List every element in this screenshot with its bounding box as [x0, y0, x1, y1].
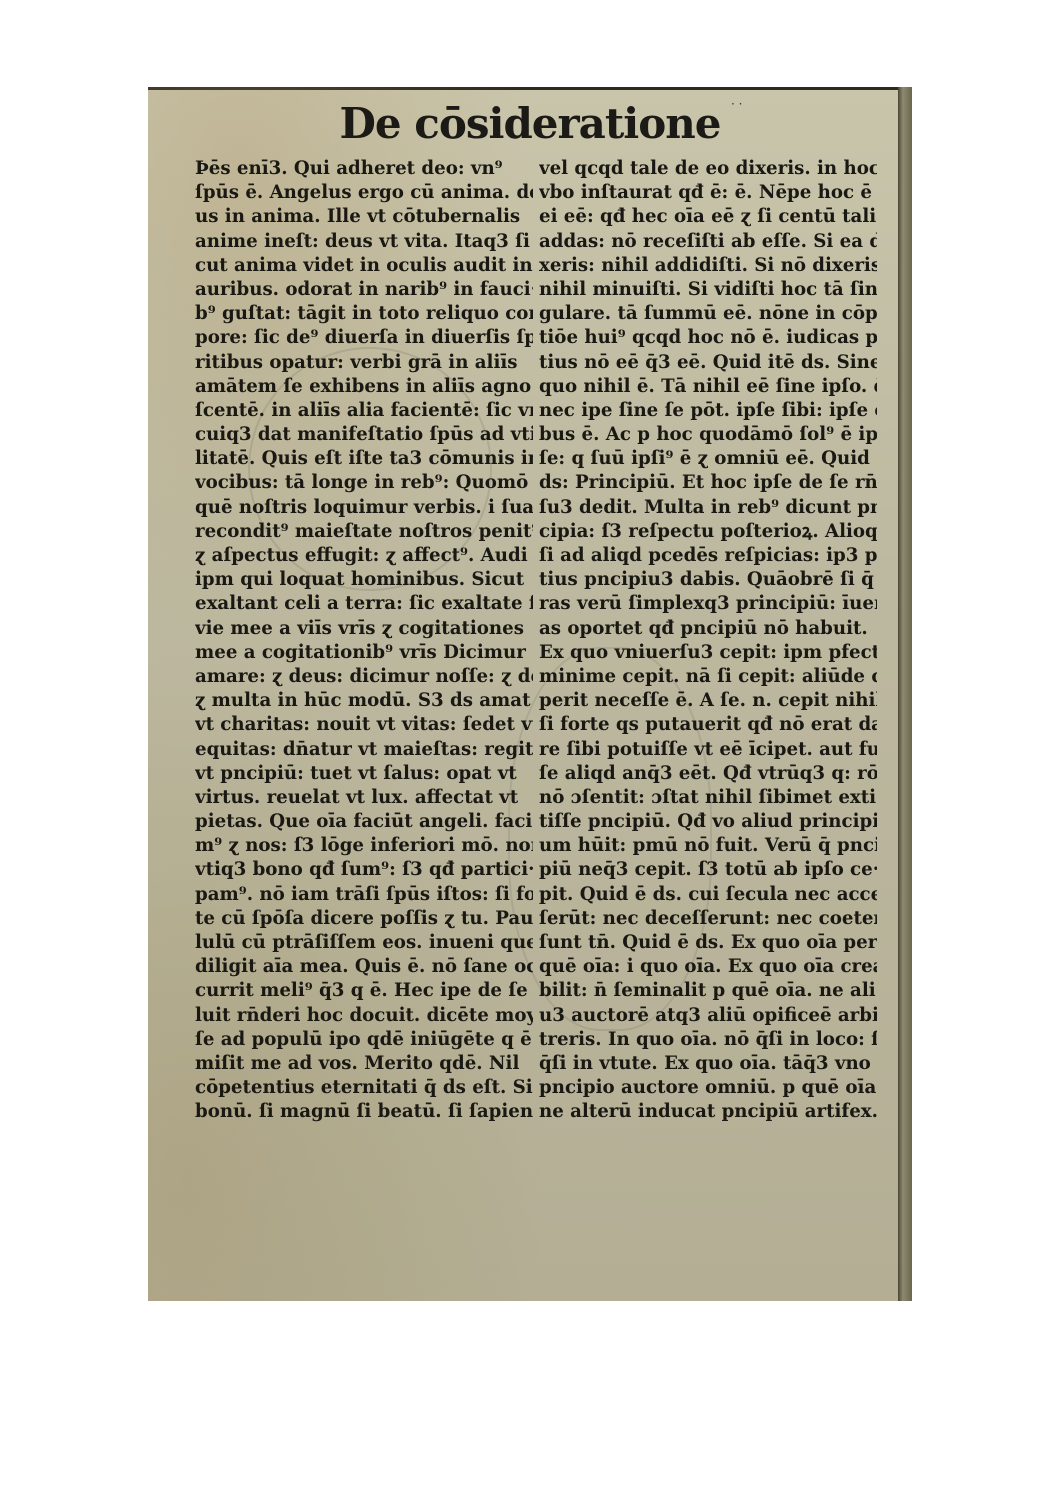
text-line: auribus. odorat in narib⁹ in fauci· — [195, 278, 533, 302]
book-page: De cōsideratione · · Þēs enī3. Qui adher… — [148, 87, 912, 1301]
text-line: addas: nō receſiſti ab eſſe. Si ea di — [539, 230, 877, 254]
text-line: ritibus opatur: verbi grā in aliīs — [195, 351, 533, 375]
text-line: pietas. Que oīa faciūt angeli. faci· — [195, 810, 533, 834]
text-line: amātem ſe exhibens in aliīs agno — [195, 375, 533, 399]
text-line: tius pncipiu3 dabis. Quāobrē ſi q̄ — [539, 568, 877, 592]
text-line: q̄ſi in vtute. Ex quo oīa. tāq̄3 vno — [539, 1052, 877, 1076]
page-fore-edge — [898, 87, 912, 1301]
text-line: perit neceſſe ē. A ſe. n. cepit nihil. n… — [539, 689, 877, 713]
text-line: equitas: dn̄atur vt maieſtas: regit — [195, 738, 533, 762]
text-line: pore: ſic de⁹ diuerſa in diuerſis ſpi — [195, 326, 533, 350]
text-line: ds: Principiū. Et hoc ipſe de ſe rn̄ — [539, 471, 877, 495]
text-line: cut anima videt in oculis audit in — [195, 254, 533, 278]
text-line: um hūit: pmū nō fuit. Verū q̄ pnci — [539, 834, 877, 858]
text-line: tiōe hui⁹ qcqd hoc nō ē. iudicas po — [539, 326, 877, 350]
text-line: currit meli⁹ q̄3 q ē. Hec ipe de ſe vo — [195, 979, 533, 1003]
text-line: amare: ɀ deus: dicimur noſſe: ɀ de⁹ — [195, 665, 533, 689]
text-line: nō ɔſentit: ɔſtat nihil ſibimet exti· — [539, 786, 877, 810]
text-line: ɀ aſpectus effugit: ɀ affect⁹. Audi — [195, 544, 533, 568]
text-line: exaltant celi a terra: ſic exaltate ſūt — [195, 592, 533, 616]
text-line: ſe ad populū ipo qdē iniūgēte q ē — [195, 1028, 533, 1052]
text-line: us in anima. Ille vt cōtubernalis — [195, 205, 533, 229]
signature-mark: · · — [731, 97, 742, 111]
text-line: ſunt tn̄. Quid ē ds. Ex quo oīa per — [539, 931, 877, 955]
text-line: cuiq3 dat manifeſtatio ſpūs ad vti — [195, 423, 533, 447]
text-line: pit. Quid ē ds. cui ſecula nec acceſ — [539, 883, 877, 907]
text-line: tiſſe pncipiū. Qđ vo aliud principi — [539, 810, 877, 834]
text-line: vbo inſtaurat qđ ē: ē. Nēpe hoc ē — [539, 181, 877, 205]
text-line: mee a cogitationib⁹ vrīs Dicimur — [195, 641, 533, 665]
text-line: re ſibi potuiſſe vt eē īcipet. aut fuiſ — [539, 738, 877, 762]
text-line: ſi forte qs putauerit qđ nō erat da — [539, 713, 877, 737]
text-line: vt charitas: nouit vt vitas: ſedet vt — [195, 713, 533, 737]
text-line: nec ipe ſine ſe pōt. ipſe ſibi: ipſe oī· — [539, 399, 877, 423]
text-line: anime ineſt: deus vt vita. Itaq3 ſi — [195, 230, 533, 254]
text-line: vie mee a viīs vrīs ɀ cogitationes — [195, 617, 533, 641]
text-line: minime cepit. nā ſi cepit: aliūde ce· — [539, 665, 877, 689]
text-line: quo nihil ē. Tā nihil eē ſine ipſo. q̄3 — [539, 375, 877, 399]
text-line: recondit⁹ maieſtate noſtros penit⁹ — [195, 520, 533, 544]
text-line: vocibus: tā longe in reb⁹: Quomō — [195, 471, 533, 495]
text-line: bus ē. Ac p hoc quodāmō ſol⁹ ē ip — [539, 423, 877, 447]
text-line: as oportet qđ pncipiū nō habuit. — [539, 617, 877, 641]
text-line: b⁹ guſtat: tāgit in toto reliquo cor — [195, 302, 533, 326]
text-line: tius nō eē q̄3 eē. Quid itē ds. Sine — [539, 351, 877, 375]
text-line: diligit aīa mea. Quis ē. nō ſane oc· — [195, 955, 533, 979]
text-line: luit rn̄deri hoc docuit. dicēte moy· — [195, 1004, 533, 1028]
text-line: ne alterū inducat pncipiū artifex. — [539, 1100, 877, 1124]
text-line: ſe aliqd anq̄3 eēt. Qđ vtrūq3 q: rō — [539, 762, 877, 786]
text-line: ras verū ſimplexq3 principiū: īuenī — [539, 592, 877, 616]
right-text-column: vel qcqd tale de eo dixeris. in hocvbo i… — [539, 157, 877, 1125]
text-line: ſpūs ē. Angelus ergo cū anima. de — [195, 181, 533, 205]
text-line: pncipio auctore omniū. p quē oīa: — [539, 1076, 877, 1100]
text-line: gulare. tā ſummū eē. nōne in cōpa· — [539, 302, 877, 326]
text-line: m⁹ ɀ nos: ſ3 lōge inferiori mō. non — [195, 834, 533, 858]
text-line: ɀ multa in hūc modū. S3 ds amat — [195, 689, 533, 713]
text-line: bilit: n̄ ſeminalit p quē oīa. ne ali· — [539, 979, 877, 1003]
text-line: quē oīa: i quo oīa. Ex quo oīa crea — [539, 955, 877, 979]
text-line: vt pncipiū: tuet vt ſalus: opat vt — [195, 762, 533, 786]
text-line: piū neq̄3 cepit. ſ3 totū ab ipſo ce· — [539, 858, 877, 882]
text-line: bonū. ſi magnū ſi beatū. ſi ſapientē — [195, 1100, 533, 1124]
text-line: miſit me ad vos. Merito qdē. Nil — [195, 1052, 533, 1076]
text-line: xeris: nihil addidiſti. Si nō dixeris: — [539, 254, 877, 278]
text-line: vtiq3 bono qđ ſum⁹: ſ3 qđ partici· — [195, 858, 533, 882]
text-line: quē noſtris loquimur verbis. i ſua — [195, 496, 533, 520]
text-line: ſcentē. in aliīs alia facientē: ſic vni — [195, 399, 533, 423]
text-line: nihil minuiſti. Si vidiſti hoc tā ſin — [539, 278, 877, 302]
text-line: vel qcqd tale de eo dixeris. in hoc — [539, 157, 877, 181]
text-line: ſe: q ſuū ipſi⁹ ē ɀ omniū eē. Quid ē — [539, 447, 877, 471]
running-head: De cōsideratione — [148, 99, 912, 148]
text-line: ipm qui loquat hominibus. Sicut — [195, 568, 533, 592]
text-line: virtus. reuelat vt lux. affectat vt — [195, 786, 533, 810]
text-line: Ex quo vniuerſu3 cepit: ipm pfecto — [539, 641, 877, 665]
text-line: u3 auctorē atq3 aliū opificeē arbi· — [539, 1004, 877, 1028]
left-text-column: Þēs enī3. Qui adheret deo: vn⁹ſpūs ē. An… — [195, 157, 533, 1125]
text-line: ſi ad aliqd pcedēs reſpicias: ip3 po — [539, 544, 877, 568]
text-line: ſu3 dedit. Multa in reb⁹ dicunt pn — [539, 496, 877, 520]
text-line: ei eē: qđ hec oīa eē ɀ ſi centū talia — [539, 205, 877, 229]
text-line: litatē. Quis eſt iſte ta3 cōmunis in — [195, 447, 533, 471]
text-line: cōpetentius eternitati q̄ ds eſt. Si — [195, 1076, 533, 1100]
text-line: te cū ſpōſa dicere poſſis ɀ tu. Pau — [195, 907, 533, 931]
text-line: ſerūt: nec deceſſerunt: nec coeterna — [539, 907, 877, 931]
text-line: cipia: ſ3 reſpectu poſterioꝝ. Alioqn — [539, 520, 877, 544]
text-line: Þēs enī3. Qui adheret deo: vn⁹ — [195, 157, 533, 181]
text-line: pam⁹. nō iam trāſi ſpūs iſtos: ſi for — [195, 883, 533, 907]
text-line: treris. In quo oīa. nō q̄ſi in loco: ſ3 — [539, 1028, 877, 1052]
text-line: lulū cū ptrāſiſſem eos. inueni que3 — [195, 931, 533, 955]
